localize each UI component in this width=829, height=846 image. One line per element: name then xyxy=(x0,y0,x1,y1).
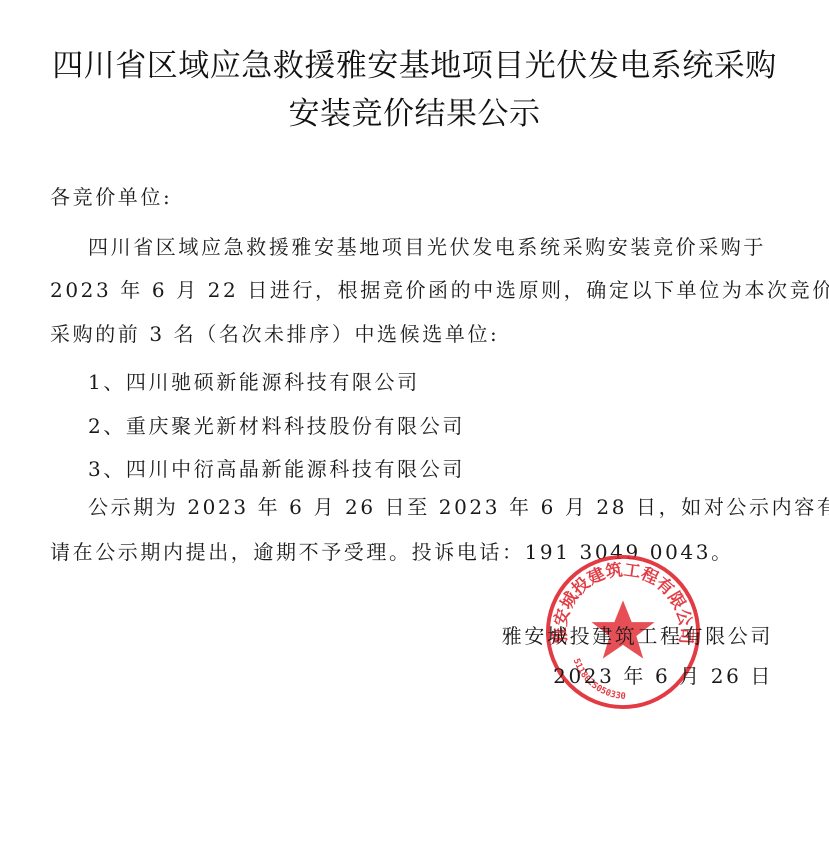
paragraph-1-line-1: 四川省区域应急救援雅安基地项目光伏发电系统采购安装竞价采购于 xyxy=(88,231,766,260)
salutation: 各竞价单位: xyxy=(50,181,172,210)
page-title-line-2: 安装竞价结果公示 xyxy=(0,88,829,133)
announcement-page: 四川省区域应急救援雅安基地项目光伏发电系统采购 安装竞价结果公示 各竞价单位: … xyxy=(0,0,829,846)
candidate-item: 1、四川驰硕新能源科技有限公司 xyxy=(88,366,420,395)
paragraph-1-line-2: 2023 年 6 月 22 日进行，根据竞价函的中选原则，确定以下单位为本次竞价 xyxy=(50,274,829,303)
signature-date: 2023 年 6 月 26 日 xyxy=(553,660,773,689)
signature-company: 雅安城投建筑工程有限公司 xyxy=(502,620,773,649)
candidate-item: 3、四川中衍高晶新能源科技有限公司 xyxy=(88,453,465,482)
paragraph-2-line-2: 请在公示期内提出，逾期不予受理。投诉电话：191 3049 0043。 xyxy=(50,536,734,565)
candidate-item: 2、重庆聚光新材料科技股份有限公司 xyxy=(88,410,465,439)
paragraph-2-line-1: 公示期为 2023 年 6 月 26 日至 2023 年 6 月 28 日，如对… xyxy=(88,491,829,520)
page-title-line-1: 四川省区域应急救援雅安基地项目光伏发电系统采购 xyxy=(0,40,829,85)
paragraph-1-line-3: 采购的前 3 名（名次未排序）中选候选单位: xyxy=(50,318,499,347)
